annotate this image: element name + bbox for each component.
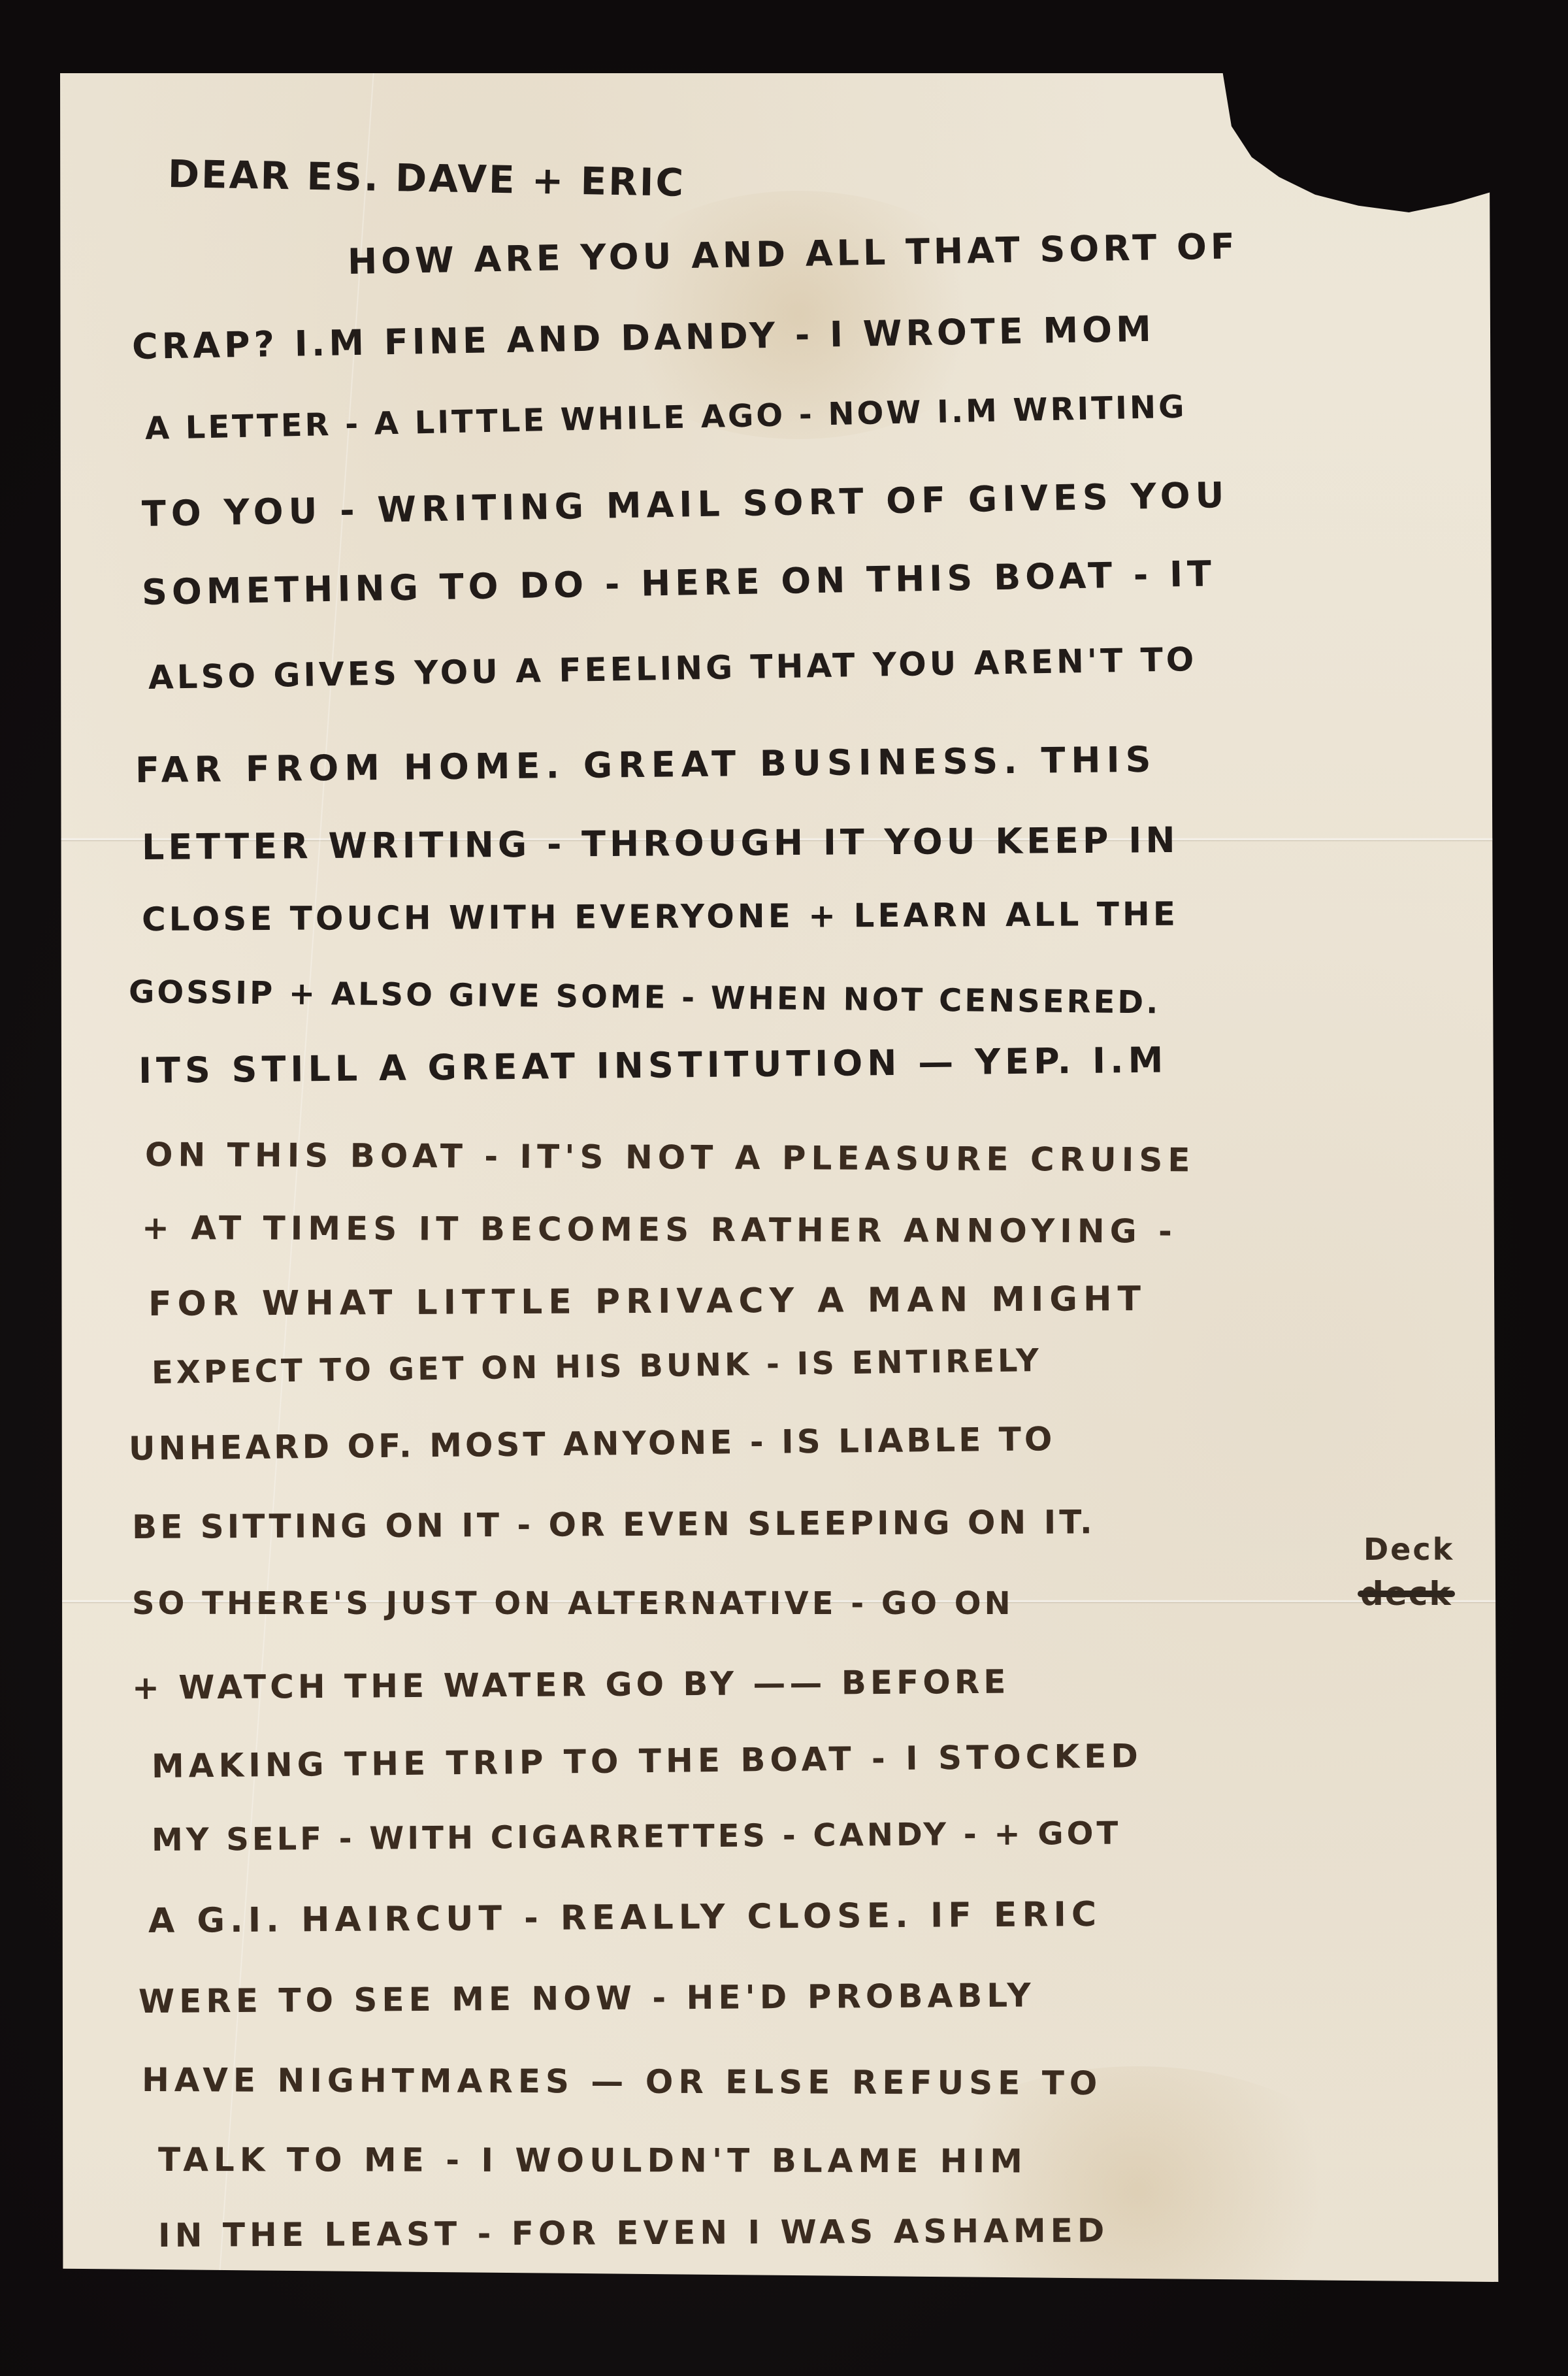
letter-line: letter writing - through it you keep in (142, 823, 1179, 865)
letter-line: far from home. Great business. this (135, 742, 1157, 788)
letter-line: be sitting on it - or even sleeping on i… (132, 1506, 1096, 1543)
struck-out-word: deck (1360, 1575, 1452, 1613)
inserted-correction: Deck (1364, 1532, 1454, 1567)
letter-body: Dear Es. Dave + Eric How are you and all… (60, 73, 1503, 2282)
letter-line: + watch the water go by —— Before (132, 1666, 1010, 1704)
letter-line: talk to me - I wouldn't blame him (158, 2143, 1028, 2177)
letter-line: close touch with everyone + learn all th… (142, 898, 1179, 936)
letter-line: have nightmares — or else refuse to (142, 2064, 1103, 2100)
salutation: Dear Es. Dave + Eric (167, 155, 685, 202)
letter-line: crap? I.m fine and dandy - I wrote mom (132, 312, 1156, 365)
letter-line: So there's just on alternative - go on (132, 1588, 1014, 1619)
letter-line: for what little privacy a man might (148, 1282, 1147, 1321)
letter-line: Its still a great institution — Yep. I.m (139, 1043, 1168, 1089)
letter-line: + at times it becomes rather annoying - (142, 1212, 1177, 1248)
letter-line: a letter - a little while ago - now I.m … (144, 391, 1186, 444)
letter-line: unheard of. Most anyone - is liable to (129, 1423, 1056, 1465)
letter-line: How are you and all that sort of (348, 229, 1239, 280)
letter-line: making the trip to the boat - I stocked (152, 1740, 1143, 1783)
letter-page: Dear Es. Dave + Eric How are you and all… (60, 73, 1503, 2282)
letter-line: in the least - for even I was ashamed (158, 2214, 1109, 2252)
letter-line: my self - with cigarrettes - candy - + g… (152, 1818, 1122, 1856)
letter-line: were to see me now - he'd probably (139, 1979, 1036, 2018)
letter-line: to you - Writing mail sort of gives you (142, 478, 1230, 532)
letter-line: on this boat - it's not a pleasure cruis… (145, 1138, 1196, 1176)
letter-line: something to do - here on this boat - it (142, 556, 1217, 610)
letter-line: expect to get on his bunk - is entirely (152, 1345, 1042, 1389)
letter-line: also gives you a feeling that you aren't… (148, 643, 1198, 694)
letter-line: a G.I. haircut - really close. If Eric (148, 1898, 1102, 1938)
letter-line: gossip + also give some - when not cense… (129, 976, 1161, 1019)
